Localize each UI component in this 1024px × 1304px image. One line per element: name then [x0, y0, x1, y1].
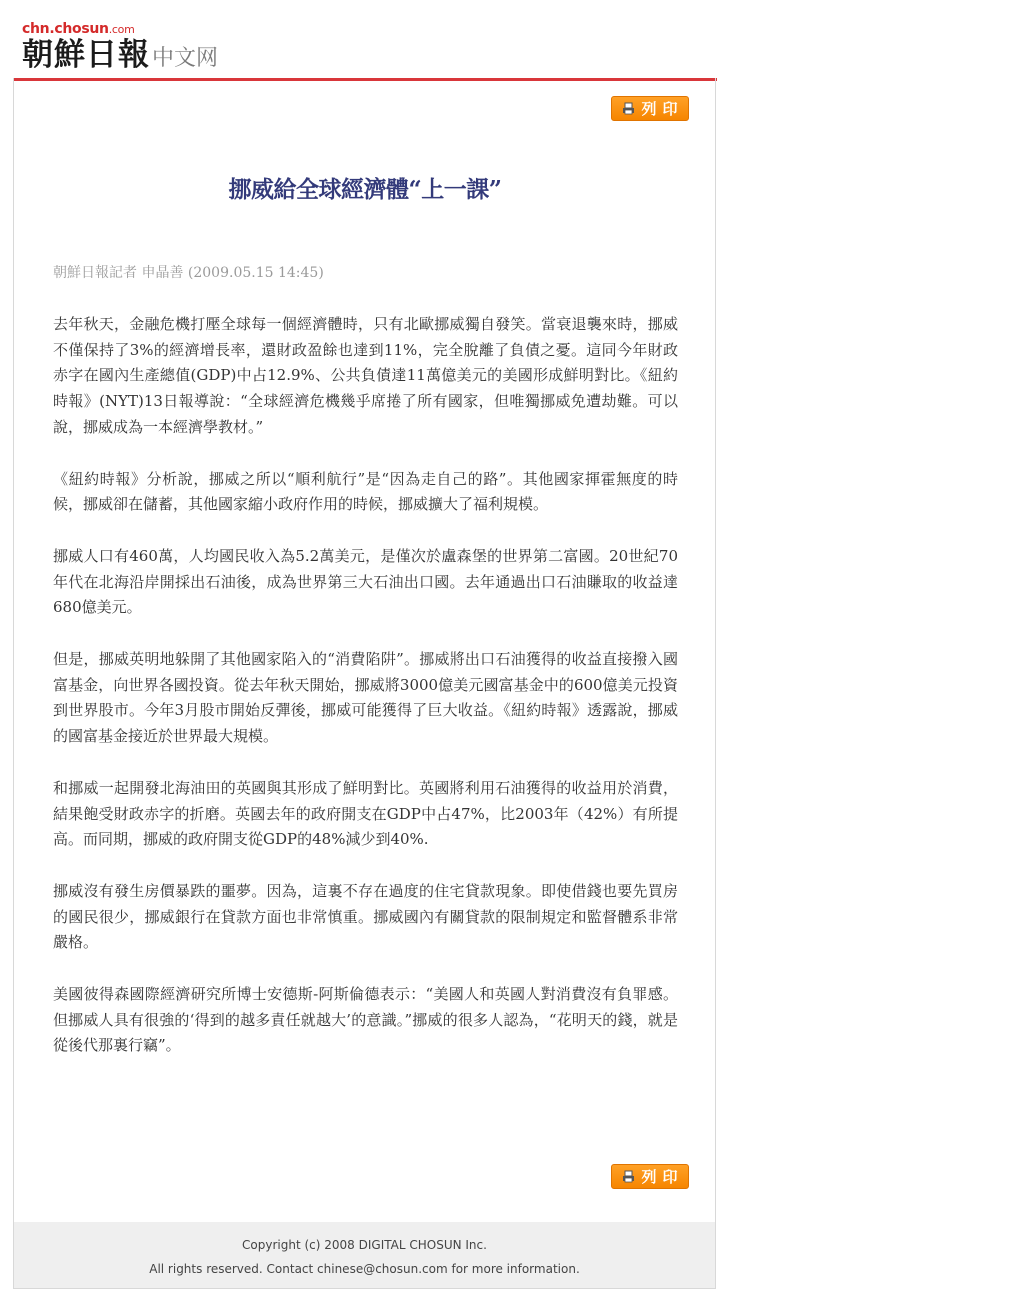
site-logo[interactable]: chn.chosun.com 朝鮮日報中文网: [22, 22, 218, 78]
contact-text: All rights reserved. Contact chinese@cho…: [14, 1262, 715, 1276]
paragraph: 《紐約時報》分析說，挪威之所以“順利航行”是“因為走自己的路”。其他國家揮霍無度…: [53, 467, 678, 518]
paragraph: 和挪威一起開發北海油田的英國與其形成了鮮明對比。英國將利用石油獲得的收益用於消費…: [53, 776, 678, 853]
paragraph: 美國彼得森國際經濟研究所博士安德斯-阿斯倫德表示：“美國人和英國人對消費沒有負罪…: [53, 982, 678, 1059]
logo-domain: chn.chosun.com: [22, 22, 218, 37]
paragraph: 但是，挪威英明地躲開了其他國家陷入的“消費陷阱”。挪威將出口石油獲得的收益直接撥…: [53, 647, 678, 750]
article-body: 去年秋天，金融危機打壓全球每一個經濟體時，只有北歐挪威獨自發笑。當衰退襲來時，挪…: [53, 312, 678, 1085]
logo-name: 朝鮮日報: [22, 37, 150, 73]
paragraph: 去年秋天，金融危機打壓全球每一個經濟體時，只有北歐挪威獨自發笑。當衰退襲來時，挪…: [53, 312, 678, 441]
footer: Copyright (c) 2008 DIGITAL CHOSUN Inc. A…: [14, 1222, 715, 1288]
article-title: 挪威給全球經濟體“上一課”: [13, 171, 717, 204]
print-button-bottom[interactable]: 列印: [611, 1164, 689, 1189]
article-byline: 朝鮮日報記者 申晶善 (2009.05.15 14:45): [53, 262, 324, 282]
print-label: 列印: [641, 1166, 683, 1187]
paragraph: 挪威人口有460萬，人均國民收入為5.2萬美元，是僅次於盧森堡的世界第二富國。2…: [53, 544, 678, 621]
printer-icon: [622, 1170, 635, 1183]
printer-icon: [622, 102, 635, 115]
logo-subtitle: 中文网: [152, 46, 218, 71]
copyright-text: Copyright (c) 2008 DIGITAL CHOSUN Inc.: [14, 1238, 715, 1252]
print-button-top[interactable]: 列印: [611, 96, 689, 121]
paragraph: 挪威沒有發生房價暴跌的噩夢。因為，這裏不存在過度的住宅貸款現象。即使借錢也要先買…: [53, 879, 678, 956]
print-label: 列印: [641, 98, 683, 119]
